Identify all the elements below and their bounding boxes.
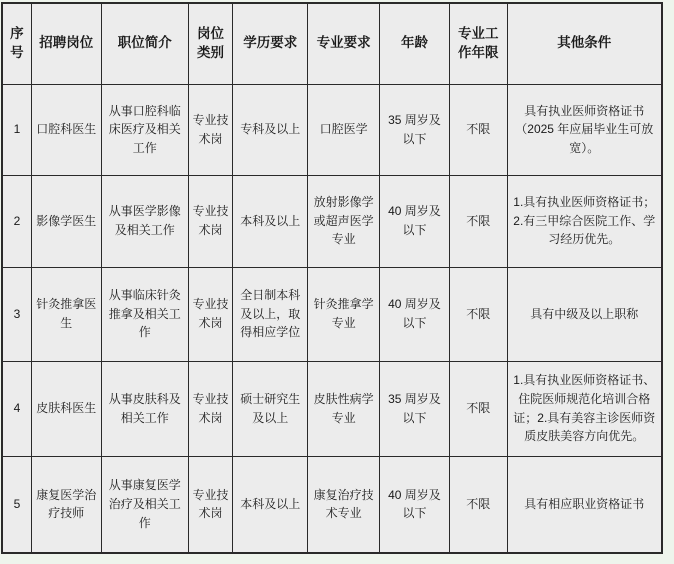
table-header-row: 序号 招聘岗位 职位简介 岗位类别 学历要求 专业要求 年龄 专业工作年限 其他… [2,3,662,84]
cell-education: 专科及以上 [233,84,308,175]
cell-major: 康复治疗技术专业 [308,456,380,553]
cell-education: 全日制本科及以上，取得相应学位 [233,267,308,361]
cell-age: 35 周岁及以下 [380,361,450,456]
col-header-experience: 专业工作年限 [449,3,507,84]
cell-experience: 不限 [449,175,507,267]
col-header-age: 年龄 [380,3,450,84]
table-row: 5 康复医学治疗技师 从事康复医学治疗及相关工作 专业技术岗 本科及以上 康复治… [2,456,662,553]
cell-category: 专业技术岗 [188,267,233,361]
table-row: 4 皮肤科医生 从事皮肤科及相关工作 专业技术岗 硕士研究生及以上 皮肤性病学专… [2,361,662,456]
col-header-other: 其他条件 [507,3,662,84]
cell-position: 影像学医生 [31,175,101,267]
cell-major: 放射影像学或超声医学专业 [308,175,380,267]
cell-duties: 从事口腔科临床医疗及相关工作 [101,84,188,175]
cell-experience: 不限 [449,456,507,553]
cell-major: 口腔医学 [308,84,380,175]
cell-age: 40 周岁及以下 [380,175,450,267]
cell-category: 专业技术岗 [188,175,233,267]
table-row: 1 口腔科医生 从事口腔科临床医疗及相关工作 专业技术岗 专科及以上 口腔医学 … [2,84,662,175]
cell-seq: 4 [2,361,31,456]
cell-category: 专业技术岗 [188,456,233,553]
col-header-major: 专业要求 [308,3,380,84]
cell-age: 35 周岁及以下 [380,84,450,175]
cell-position: 口腔科医生 [31,84,101,175]
cell-category: 专业技术岗 [188,84,233,175]
cell-seq: 3 [2,267,31,361]
cell-major: 皮肤性病学专业 [308,361,380,456]
cell-duties: 从事临床针灸推拿及相关工作 [101,267,188,361]
cell-seq: 1 [2,84,31,175]
cell-position: 针灸推拿医生 [31,267,101,361]
col-header-education: 学历要求 [233,3,308,84]
cell-other: 具有相应职业资格证书 [507,456,662,553]
col-header-seq: 序号 [2,3,31,84]
cell-other: 具有执业医师资格证书（2025 年应届毕业生可放宽）。 [507,84,662,175]
cell-seq: 2 [2,175,31,267]
cell-position: 皮肤科医生 [31,361,101,456]
cell-experience: 不限 [449,84,507,175]
cell-duties: 从事康复医学治疗及相关工作 [101,456,188,553]
cell-major: 针灸推拿学专业 [308,267,380,361]
cell-age: 40 周岁及以下 [380,267,450,361]
cell-other: 具有中级及以上职称 [507,267,662,361]
col-header-category: 岗位类别 [188,3,233,84]
cell-other: 1.具有执业医师资格证书、住院医师规范化培训合格证；2.具有美容主诊医师资质皮肤… [507,361,662,456]
cell-position: 康复医学治疗技师 [31,456,101,553]
table-row: 2 影像学医生 从事医学影像及相关工作 专业技术岗 本科及以上 放射影像学或超声… [2,175,662,267]
page-body: 序号 招聘岗位 职位简介 岗位类别 学历要求 专业要求 年龄 专业工作年限 其他… [0,0,674,554]
cell-duties: 从事皮肤科及相关工作 [101,361,188,456]
cell-category: 专业技术岗 [188,361,233,456]
cell-education: 硕士研究生及以上 [233,361,308,456]
col-header-position: 招聘岗位 [31,3,101,84]
cell-experience: 不限 [449,267,507,361]
cell-other: 1.具有执业医师资格证书；2.有三甲综合医院工作、学习经历优先。 [507,175,662,267]
recruitment-table: 序号 招聘岗位 职位简介 岗位类别 学历要求 专业要求 年龄 专业工作年限 其他… [1,2,663,554]
col-header-duties: 职位简介 [101,3,188,84]
cell-seq: 5 [2,456,31,553]
cell-education: 本科及以上 [233,456,308,553]
table-row: 3 针灸推拿医生 从事临床针灸推拿及相关工作 专业技术岗 全日制本科及以上，取得… [2,267,662,361]
cell-age: 40 周岁及以下 [380,456,450,553]
cell-education: 本科及以上 [233,175,308,267]
cell-duties: 从事医学影像及相关工作 [101,175,188,267]
cell-experience: 不限 [449,361,507,456]
